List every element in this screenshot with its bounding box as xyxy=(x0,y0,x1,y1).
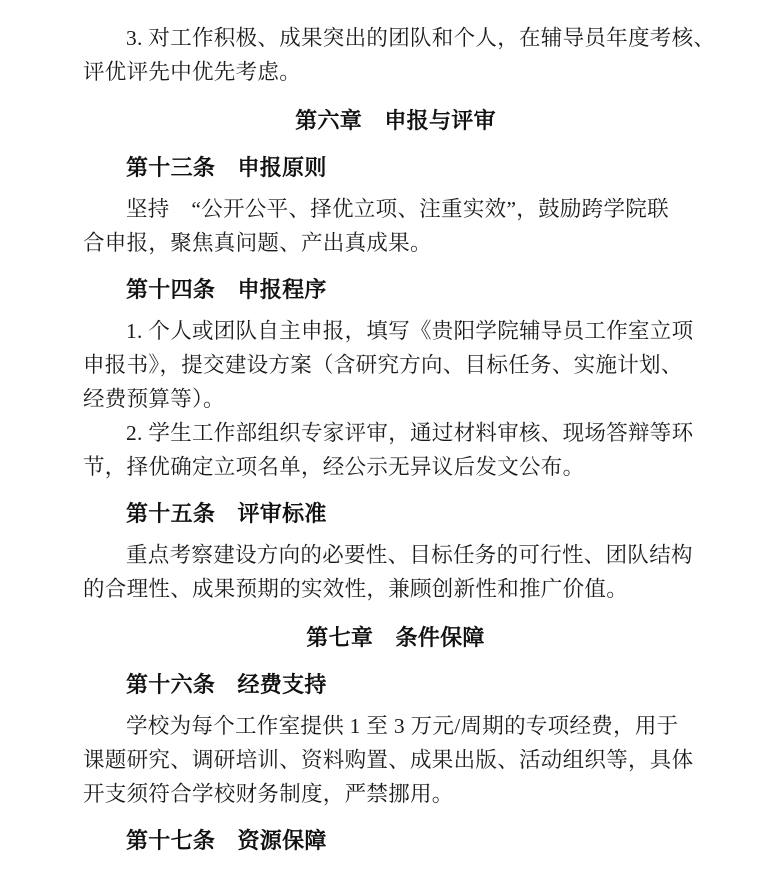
text-line: 经费预算等）。 xyxy=(83,382,708,416)
text-line: 合申报，聚焦真问题、产出真成果。 xyxy=(83,226,708,260)
article-heading: 第十三条 申报原则 xyxy=(83,151,708,185)
paragraph: 重点考察建设方向的必要性、目标任务的可行性、团队结构的合理性、成果预期的实效性，… xyxy=(83,538,708,606)
text-line: 开支须符合学校财务制度，严禁挪用。 xyxy=(83,777,708,811)
paragraph: 2. 学生工作部组织专家评审，通过材料审核、现场答辩等环节，择优确定立项名单，经… xyxy=(83,416,708,484)
text-line: 坚持 “公开公平、择优立项、注重实效”，鼓励跨学院联 xyxy=(83,192,708,226)
paragraph: 3. 对工作积极、成果突出的团队和个人，在辅导员年度考核、评优评先中优先考虑。 xyxy=(83,21,708,89)
text-line: 1. 个人或团队自主申报，填写《贵阳学院辅导员工作室立项 xyxy=(83,314,708,348)
text-line: 3. 对工作积极、成果突出的团队和个人，在辅导员年度考核、 xyxy=(83,21,708,55)
chapter-heading: 第七章 条件保障 xyxy=(83,621,708,655)
paragraph: 坚持 “公开公平、择优立项、注重实效”，鼓励跨学院联合申报，聚焦真问题、产出真成… xyxy=(83,192,708,260)
text-line: 2. 学生工作部组织专家评审，通过材料审核、现场答辩等环 xyxy=(83,416,708,450)
text-line: 课题研究、调研培训、资料购置、成果出版、活动组织等，具体 xyxy=(83,743,708,777)
text-line: 学校为每个工作室提供 1 至 3 万元/周期的专项经费，用于 xyxy=(83,709,708,743)
text-line: 的合理性、成果预期的实效性，兼顾创新性和推广价值。 xyxy=(83,572,708,606)
text-line: 申报书》，提交建设方案（含研究方向、目标任务、实施计划、 xyxy=(83,348,708,382)
chapter-heading: 第六章 申报与评审 xyxy=(83,104,708,138)
paragraph: 1. 个人或团队自主申报，填写《贵阳学院辅导员工作室立项申报书》，提交建设方案（… xyxy=(83,314,708,416)
article-heading: 第十四条 申报程序 xyxy=(83,273,708,307)
paragraph: 学校为每个工作室提供 1 至 3 万元/周期的专项经费，用于课题研究、调研培训、… xyxy=(83,709,708,811)
document-page: 3. 对工作积极、成果突出的团队和个人，在辅导员年度考核、评优评先中优先考虑。第… xyxy=(0,0,782,888)
article-heading: 第十七条 资源保障 xyxy=(83,824,708,858)
text-line: 节，择优确定立项名单，经公示无异议后发文公布。 xyxy=(83,450,708,484)
article-heading: 第十六条 经费支持 xyxy=(83,668,708,702)
article-heading: 第十五条 评审标准 xyxy=(83,497,708,531)
text-line: 评优评先中优先考虑。 xyxy=(83,55,708,89)
text-line: 重点考察建设方向的必要性、目标任务的可行性、团队结构 xyxy=(83,538,708,572)
